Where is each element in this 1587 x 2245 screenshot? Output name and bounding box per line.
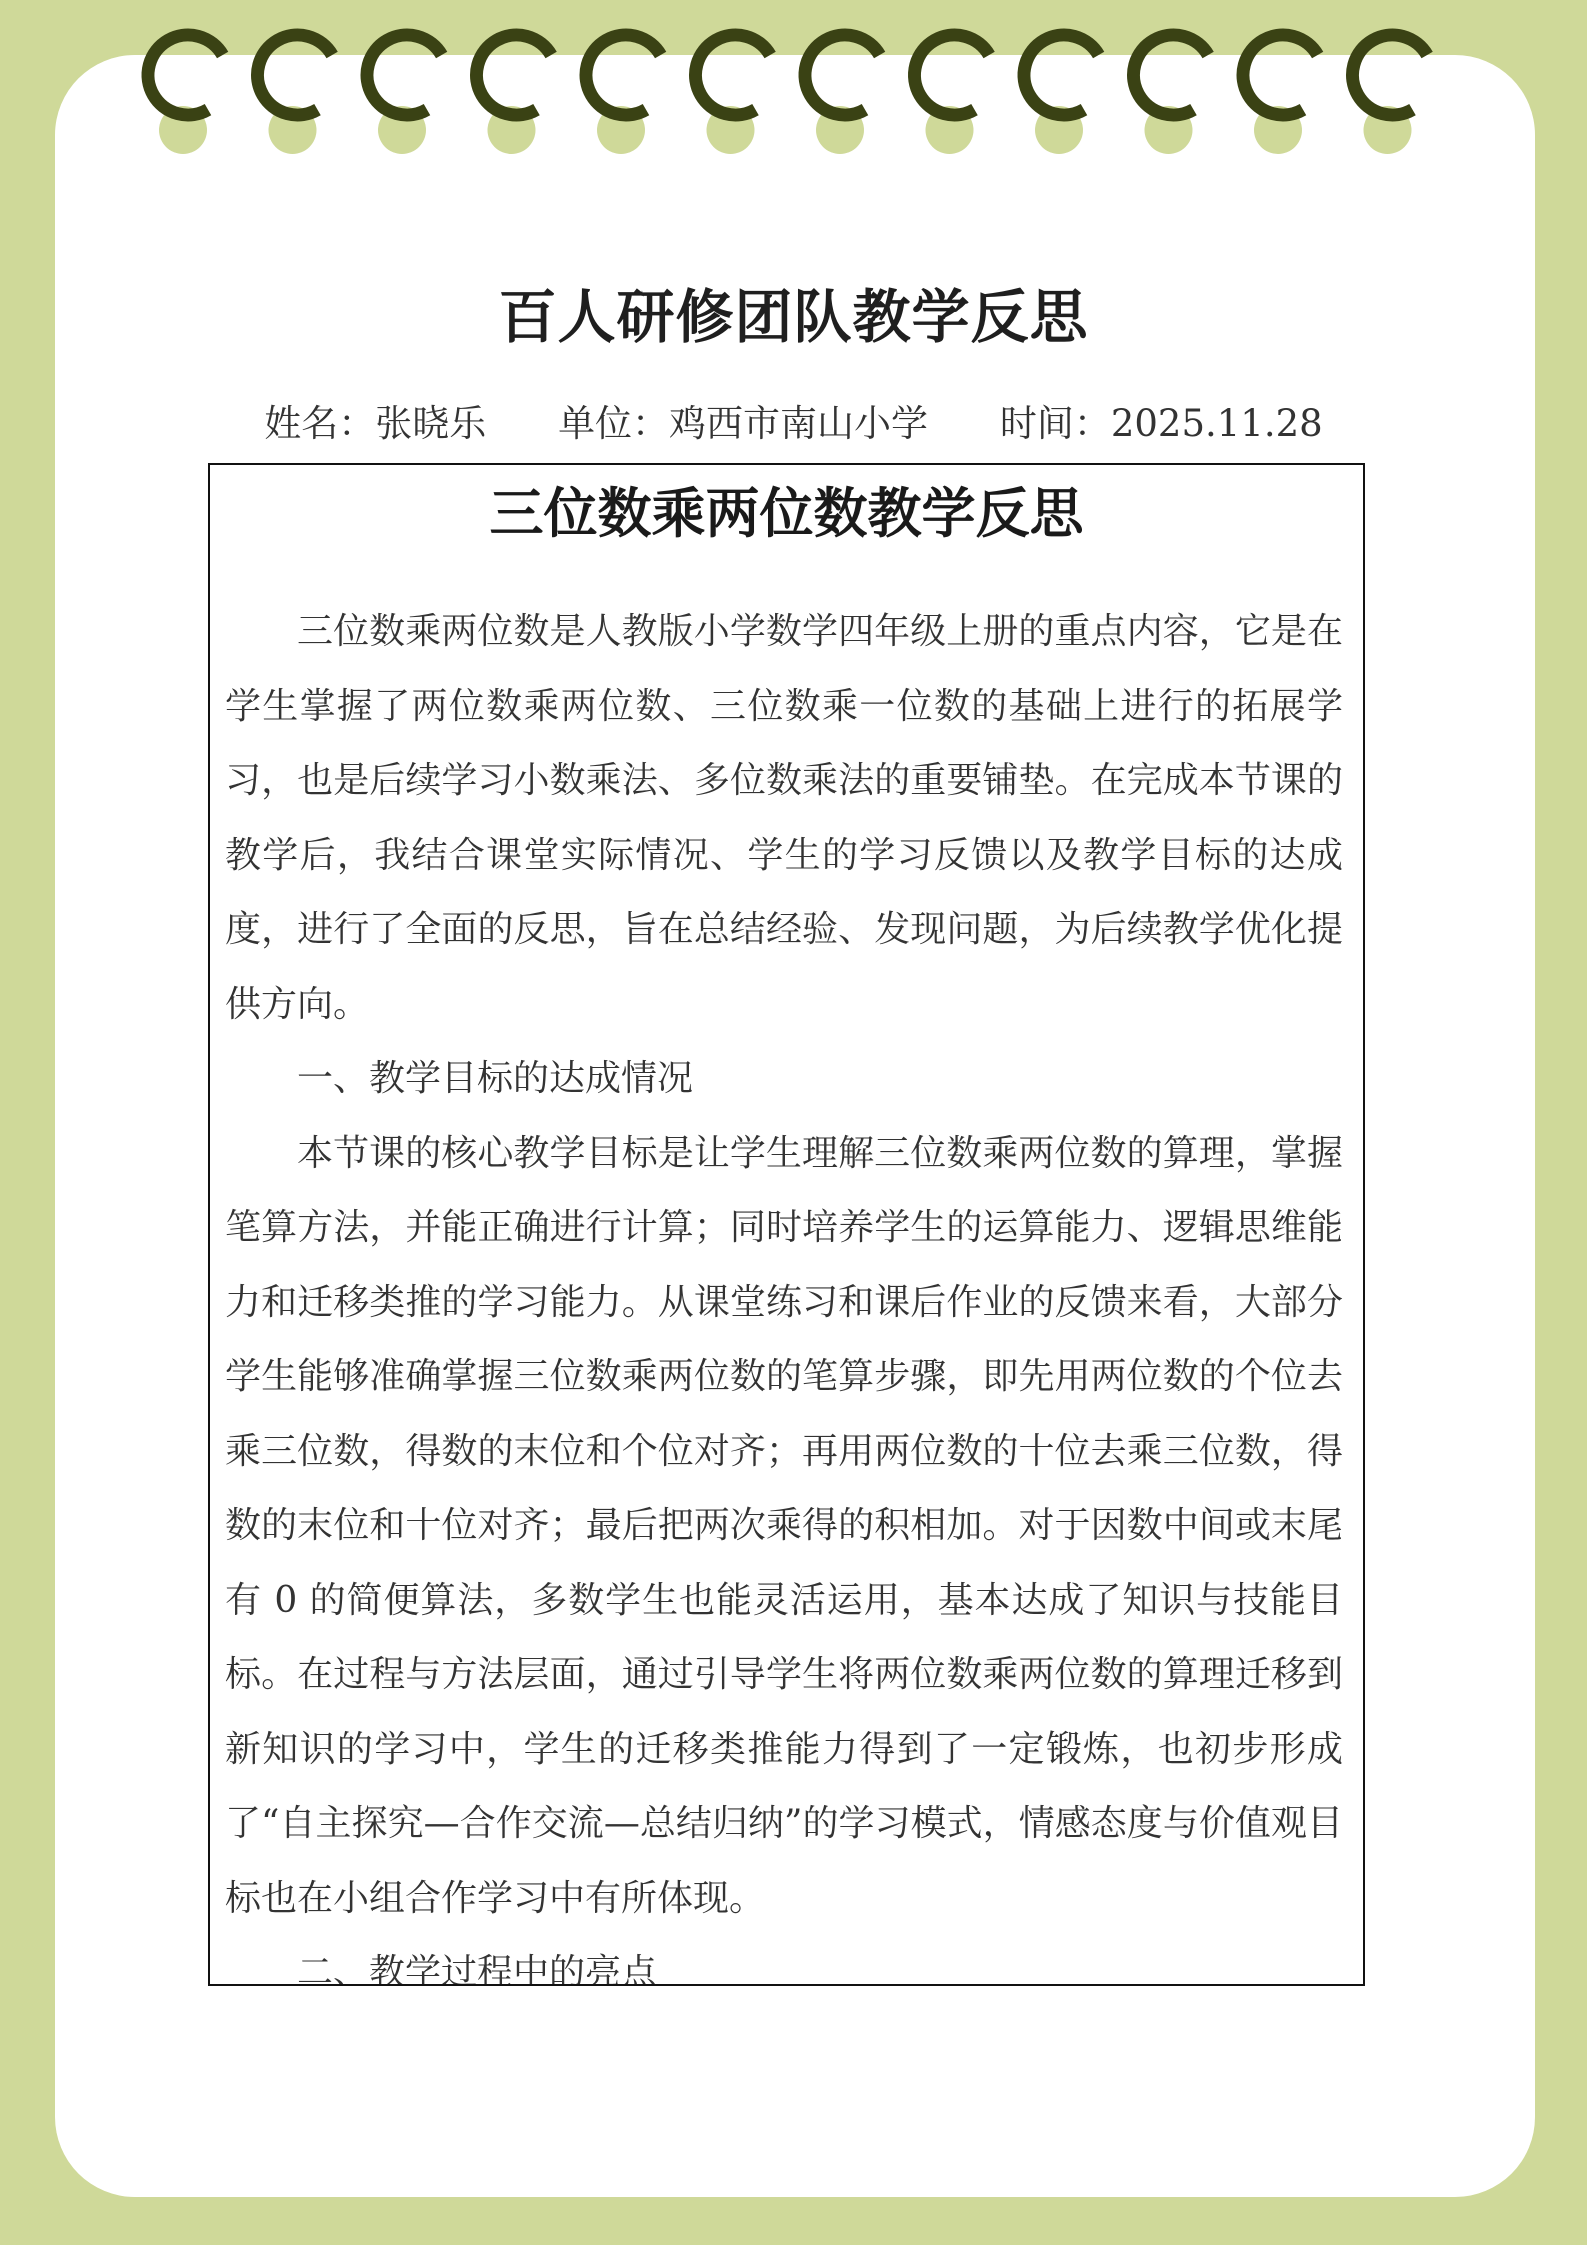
binding-ring-icon (1133, 35, 1208, 115)
spiral-binding (0, 0, 1587, 180)
document-body: 三位数乘两位数是人教版小学数学四年级上册的重点内容，它是在学生掌握了两位数乘两位… (210, 595, 1363, 1986)
page-title: 百人研修团队教学反思 (0, 270, 1587, 354)
author-name: 姓名：张晓乐 (264, 402, 486, 445)
document-title: 三位数乘两位数教学反思 (210, 473, 1363, 553)
binding-ring-icon (915, 35, 990, 115)
binding-ring-icon (367, 35, 442, 115)
binding-ring-icon (148, 35, 223, 115)
author-info: 姓名：张晓乐 单位：鸡西市南山小学 时间：2025.11.28 (0, 393, 1587, 447)
date: 时间：2025.11.28 (1000, 402, 1323, 445)
binding-ring-icon (586, 35, 661, 115)
section-paragraph-1: 本节课的核心教学目标是让学生理解三位数乘两位数的算理，掌握笔算方法，并能正确进行… (225, 1117, 1343, 1937)
binding-ring-icon (476, 35, 551, 115)
binding-ring-icon (258, 35, 333, 115)
author-unit: 单位：鸡西市南山小学 (558, 402, 928, 445)
binding-ring-icon (1353, 35, 1428, 115)
binding-ring-icon (1243, 35, 1318, 115)
section-heading-2: 二、教学过程中的亮点 (225, 1936, 1343, 1986)
intro-paragraph: 三位数乘两位数是人教版小学数学四年级上册的重点内容，它是在学生掌握了两位数乘两位… (225, 595, 1343, 1042)
binding-ring-icon (805, 35, 880, 115)
binding-ring-icon (695, 35, 770, 115)
section-heading-1: 一、教学目标的达成情况 (225, 1042, 1343, 1117)
binding-ring-icon (1024, 35, 1099, 115)
reflection-content-box: 三位数乘两位数教学反思 三位数乘两位数是人教版小学数学四年级上册的重点内容，它是… (208, 463, 1365, 1986)
